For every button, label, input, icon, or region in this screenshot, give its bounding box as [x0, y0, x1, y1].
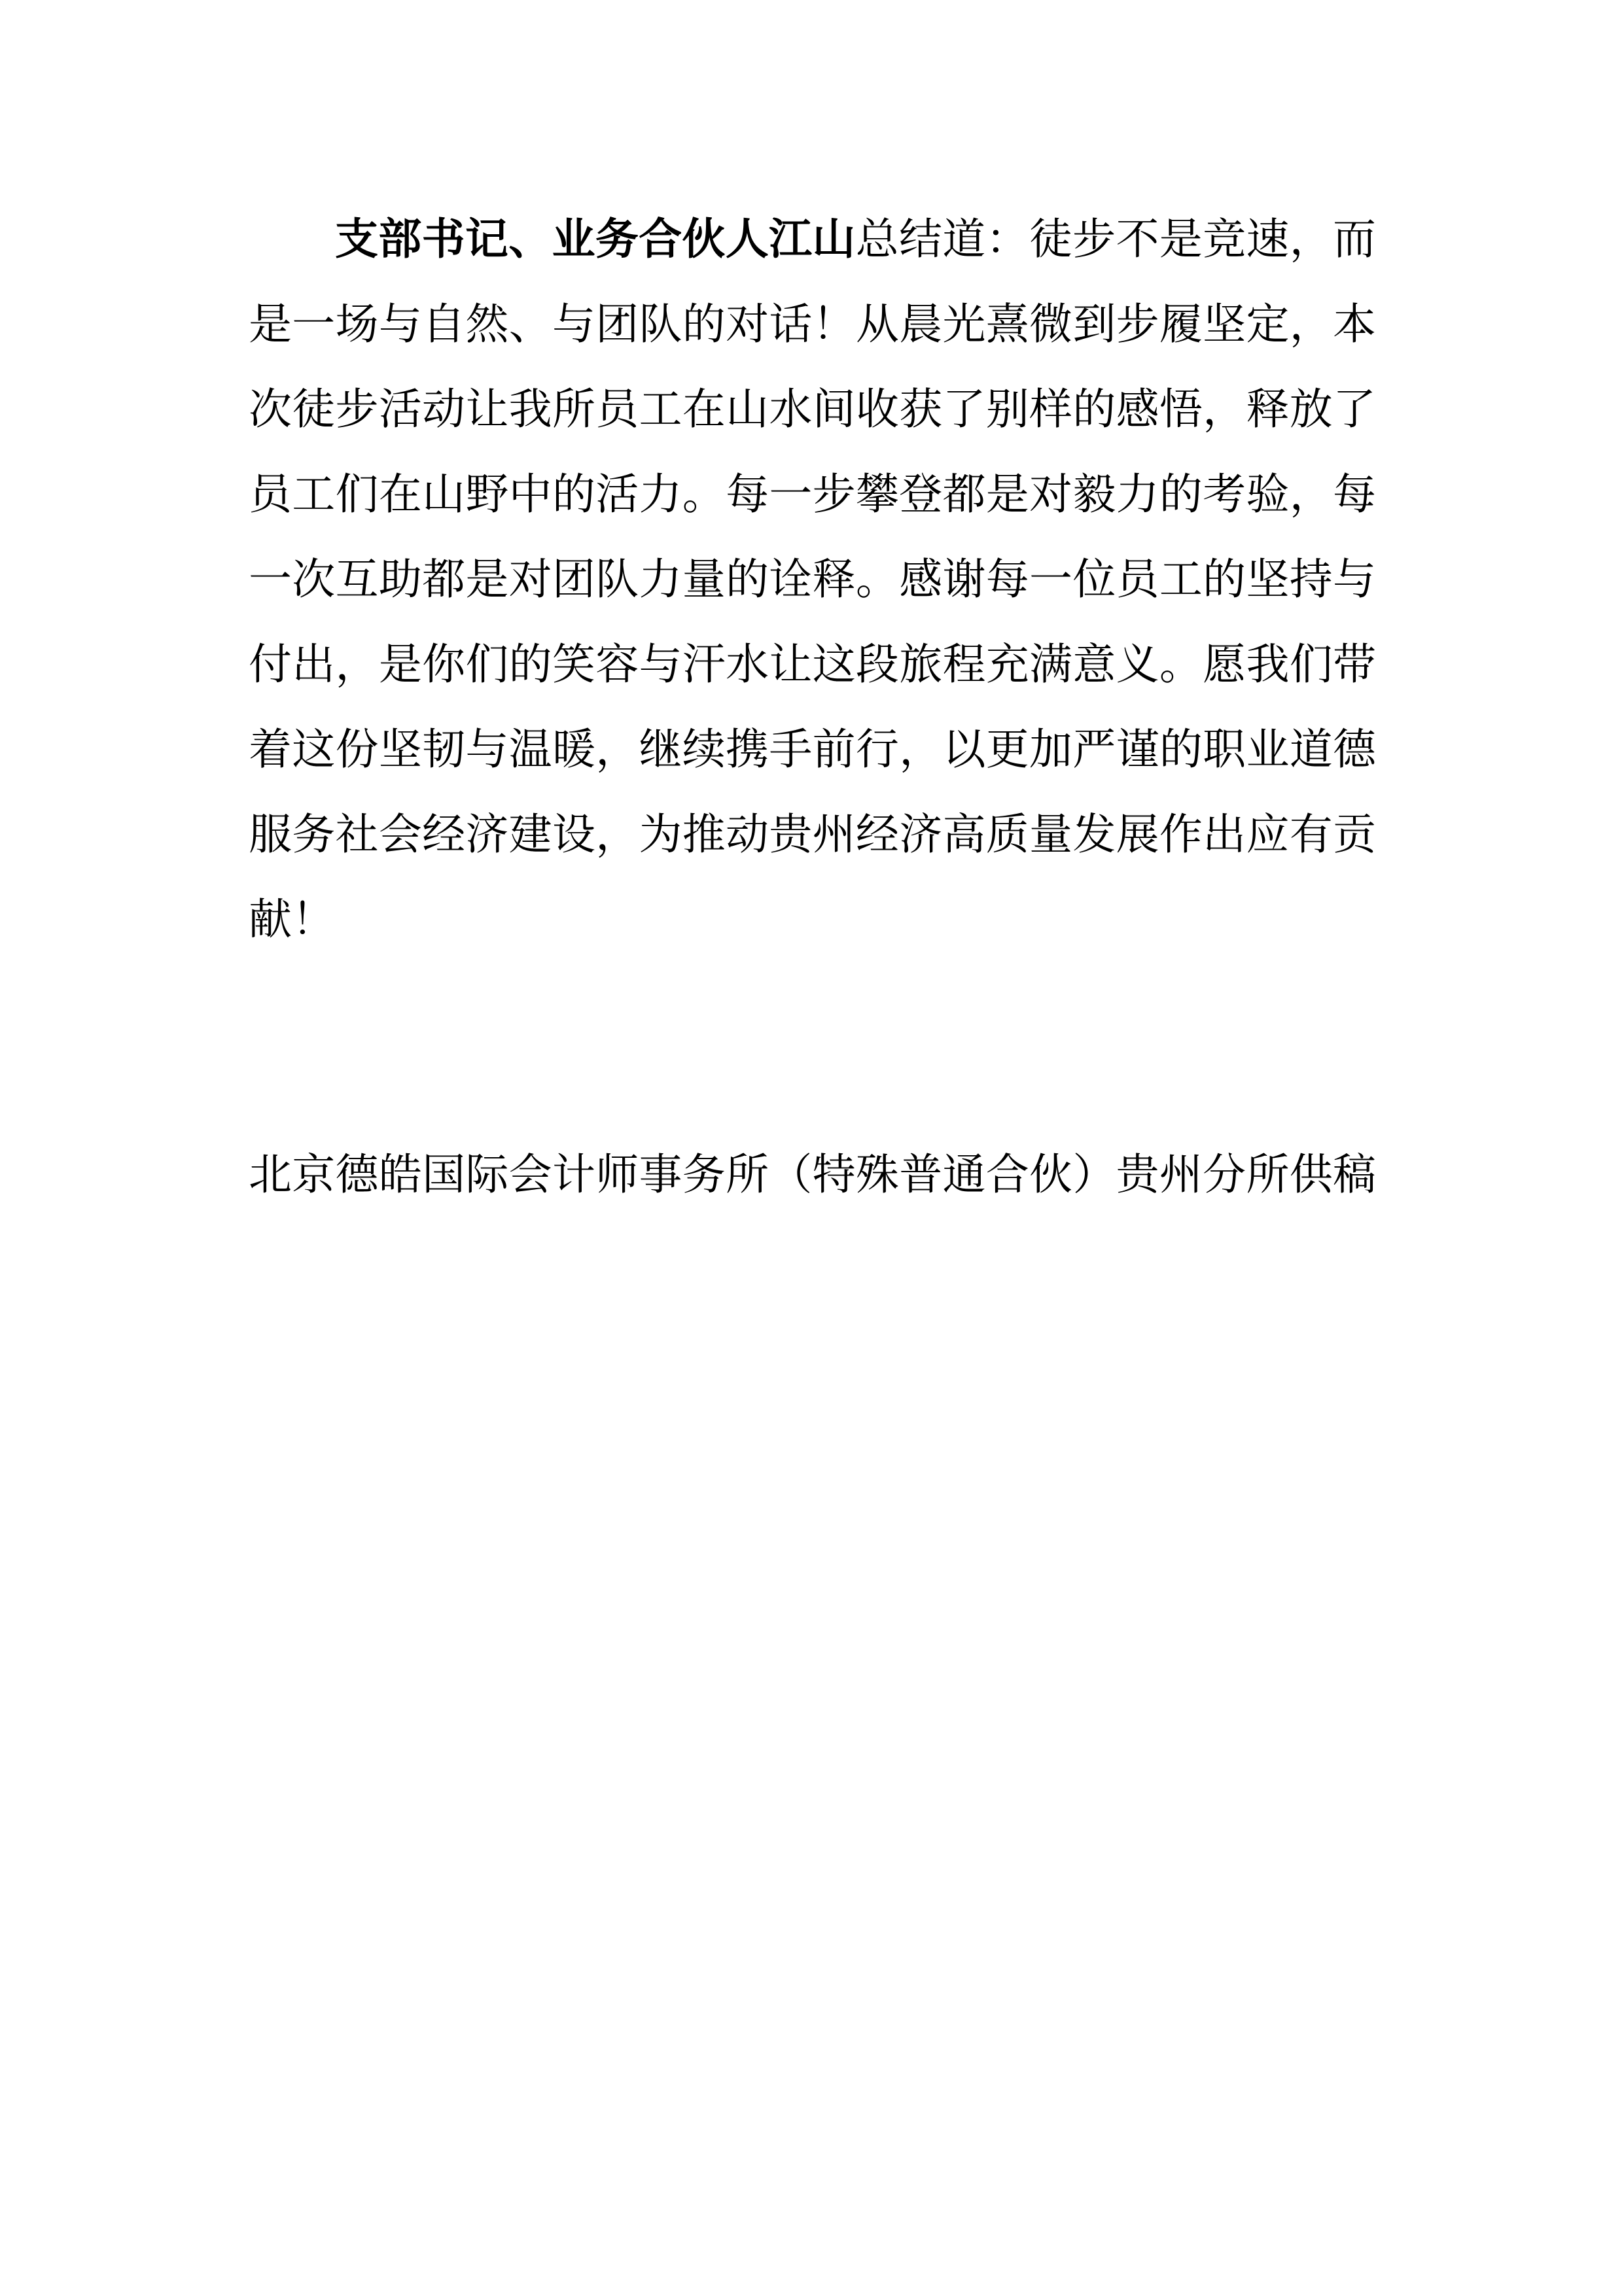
paragraph-line-9: 献！ — [249, 878, 1376, 963]
paragraph-line-1: 支部书记、业务合伙人江山总结道：徒步不是竞速，而 — [249, 198, 1376, 283]
paragraph-lead-bold: 支部书记、业务合伙人江山 — [335, 216, 856, 264]
paragraph-line-5: 一次互助都是对团队力量的诠释。感谢每一位员工的坚持与 — [249, 538, 1376, 623]
attribution-line: 北京德皓国际会计师事务所（特殊普通合伙）贵州分所供稿 — [249, 1133, 1376, 1218]
paragraph-line-4: 员工们在山野中的活力。每一步攀登都是对毅力的考验，每 — [249, 453, 1376, 538]
paragraph-line-6: 付出，是你们的笑容与汗水让这段旅程充满意义。愿我们带 — [249, 623, 1376, 708]
paragraph-line-2: 是一场与自然、与团队的对话！从晨光熹微到步履坚定，本 — [249, 283, 1376, 368]
blank-lines-spacer — [249, 963, 1376, 1133]
paragraph-line-8: 服务社会经济建设，为推动贵州经济高质量发展作出应有贡 — [249, 793, 1376, 878]
article-body: 支部书记、业务合伙人江山总结道：徒步不是竞速，而 是一场与自然、与团队的对话！从… — [249, 198, 1376, 1218]
paragraph-line-3: 次徒步活动让我所员工在山水间收获了别样的感悟，释放了 — [249, 368, 1376, 453]
paragraph-line-1-text: 总结道：徒步不是竞速，而 — [856, 216, 1376, 264]
document-page: 支部书记、业务合伙人江山总结道：徒步不是竞速，而 是一场与自然、与团队的对话！从… — [0, 0, 1624, 2296]
paragraph-line-7: 着这份坚韧与温暖，继续携手前行，以更加严谨的职业道德 — [249, 708, 1376, 793]
